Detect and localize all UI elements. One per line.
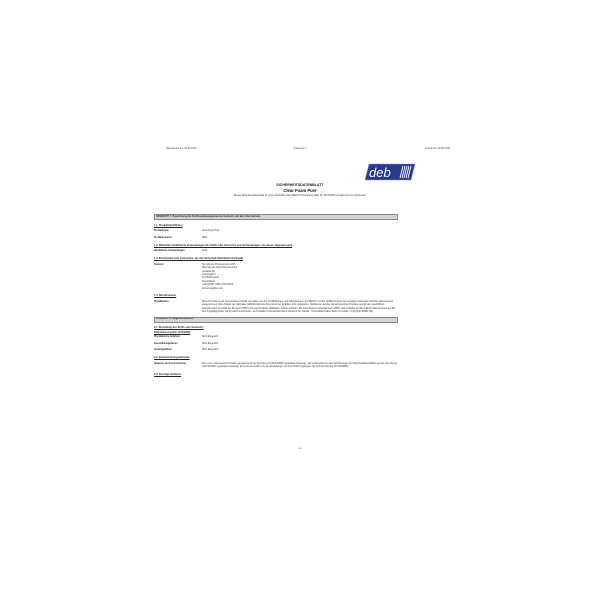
section-2-1-heading: 2.1. Einstufung des Stoffs oder Gemischs — [154, 326, 398, 329]
field-label: Gesundheitsgefahren — [154, 343, 202, 346]
field-value: 1584 — [202, 237, 398, 240]
section-2-3-heading: 2.3. Sonstige Gefahren — [154, 373, 398, 376]
deb-logo: deb — [365, 162, 417, 182]
emergency-phone-row: Notfalltelefon Dieses Produkt ist ein ko… — [154, 301, 398, 315]
product-number-row: Produktnummer 1584 — [154, 237, 398, 240]
field-value: Clear Foam Pure — [202, 230, 398, 233]
revision-date: Überarbeitet am: 06.06.2016 — [166, 147, 196, 150]
classification-heading: Klassifizierung (EG 1272/2008) — [154, 331, 398, 334]
field-label: Lieferant — [154, 264, 202, 291]
field-value: Nicht Eingestuft — [202, 349, 398, 352]
creation-date: Erstellt am: 06.06.2016 — [425, 147, 450, 150]
identified-uses-row: Identifizierte Verwendungen Seife — [154, 250, 398, 253]
field-label: Produktname — [154, 230, 202, 233]
reach-note: Dieses Sicherheitsdatenblatt ist nicht e… — [205, 194, 395, 197]
section-2-2-heading: 2.2. Kennzeichnungselemente — [154, 356, 398, 359]
supplier-address: SC Johnson Professional GmbH Mies-van-de… — [202, 264, 398, 291]
product-name-row: Produktname Clear Foam Pure — [154, 230, 398, 233]
section-2-header: ABSCHNITT 2: Mögliche Gefahren — [154, 317, 398, 323]
supplier-row: Lieferant SC Johnson Professional GmbH M… — [154, 264, 398, 291]
labelling-notes-row: Hinweise zur Kennzeichnung Dies ist ein … — [154, 363, 398, 370]
document-content: ABSCHNITT 1: Bezeichnung des Stoffs bezi… — [154, 214, 398, 376]
document-type: SICHERHEITSDATENBLATT — [150, 183, 450, 187]
field-label: Identifizierte Verwendungen — [154, 250, 202, 253]
document-title-block: SICHERHEITSDATENBLATT Clear Foam Pure Di… — [150, 183, 450, 197]
field-label: Umweltgefahren — [154, 349, 202, 352]
page-number: 1/9 — [298, 448, 301, 450]
product-title: Clear Foam Pure — [150, 188, 450, 193]
svg-text:deb: deb — [369, 165, 391, 180]
field-label: Physikalische Gefahren — [154, 336, 202, 339]
email-line: info.pro.de@scj.com — [202, 288, 398, 291]
field-value: Nicht Eingestuft — [202, 336, 398, 339]
section-1-2-heading: 1.2. Relevante identifizierte Verwendung… — [154, 244, 398, 247]
field-label: Produktnummer — [154, 237, 202, 240]
labelling-text: Dies ist ein kosmetisches Produkt, gereg… — [202, 363, 398, 370]
sds-page: Überarbeitet am: 06.06.2016 Änderung: 7 … — [150, 140, 450, 460]
emergency-text: Dieses Produkt ist ein kosmetisches Prod… — [202, 301, 398, 315]
revision-number: Änderung: 7 — [293, 147, 306, 150]
field-label: Notfalltelefon — [154, 301, 202, 315]
field-value: Seife — [202, 250, 398, 253]
section-1-4-heading: 1.4. Notrufnummer — [154, 294, 398, 297]
field-label: Hinweise zur Kennzeichnung — [154, 363, 202, 370]
section-1-3-heading: 1.3. Einzelheiten zum Lieferanten, der d… — [154, 257, 398, 260]
health-hazards-row: Gesundheitsgefahren Nicht Eingestuft — [154, 343, 398, 346]
field-value: Nicht Eingestuft — [202, 343, 398, 346]
environmental-hazards-row: Umweltgefahren Nicht Eingestuft — [154, 349, 398, 352]
section-1-1-heading: 1.1. Produktidentifikator — [154, 224, 398, 227]
section-1-header: ABSCHNITT 1: Bezeichnung des Stoffs bezi… — [154, 214, 398, 220]
physical-hazards-row: Physikalische Gefahren Nicht Eingestuft — [154, 336, 398, 339]
